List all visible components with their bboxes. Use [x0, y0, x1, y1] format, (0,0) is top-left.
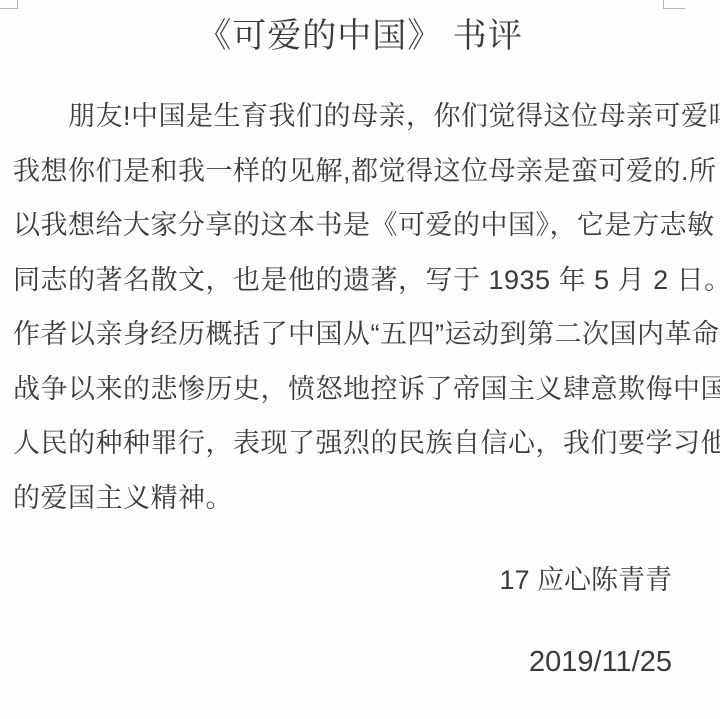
document-body-paragraph: 朋友!中国是生育我们的母亲，你们觉得这位母亲可爱吗? 我想你们是和我一样的见解,…: [13, 89, 707, 525]
document-title: 《可爱的中国》 书评: [0, 13, 720, 59]
paragraph-line: 我想你们是和我一样的见解,都觉得这位母亲是蛮可爱的.所: [13, 144, 707, 199]
document-page-canvas[interactable]: 《可爱的中国》 书评 朋友!中国是生育我们的母亲，你们觉得这位母亲可爱吗? 我想…: [0, 0, 720, 719]
paragraph-line: 以我想给大家分享的这本书是《可爱的中国》，它是方志敏: [13, 198, 707, 253]
paragraph-line: 的爱国主义精神。: [13, 471, 707, 526]
paragraph-line: 战争以来的悲惨历史，愤怒地控诉了帝国主义肆意欺侮中国: [13, 362, 707, 417]
paragraph-line: 朋友!中国是生育我们的母亲，你们觉得这位母亲可爱吗?: [13, 89, 707, 144]
paragraph-line: 作者以亲身经历概括了中国从“五四”运动到第二次国内革命: [13, 307, 707, 362]
text-boundary-mark-top-right: [663, 0, 685, 9]
text-boundary-mark-top-left: [0, 0, 18, 9]
paragraph-line: 同志的著名散文，也是他的遗著，写于 1935 年 5 月 2 日。: [13, 253, 707, 308]
paragraph-line: 人民的种种罪行，表现了强烈的民族自信心，我们要学习他: [13, 416, 707, 471]
document-date: 2019/11/25: [0, 645, 672, 679]
author-signature: 17 应心陈青青: [0, 563, 672, 597]
